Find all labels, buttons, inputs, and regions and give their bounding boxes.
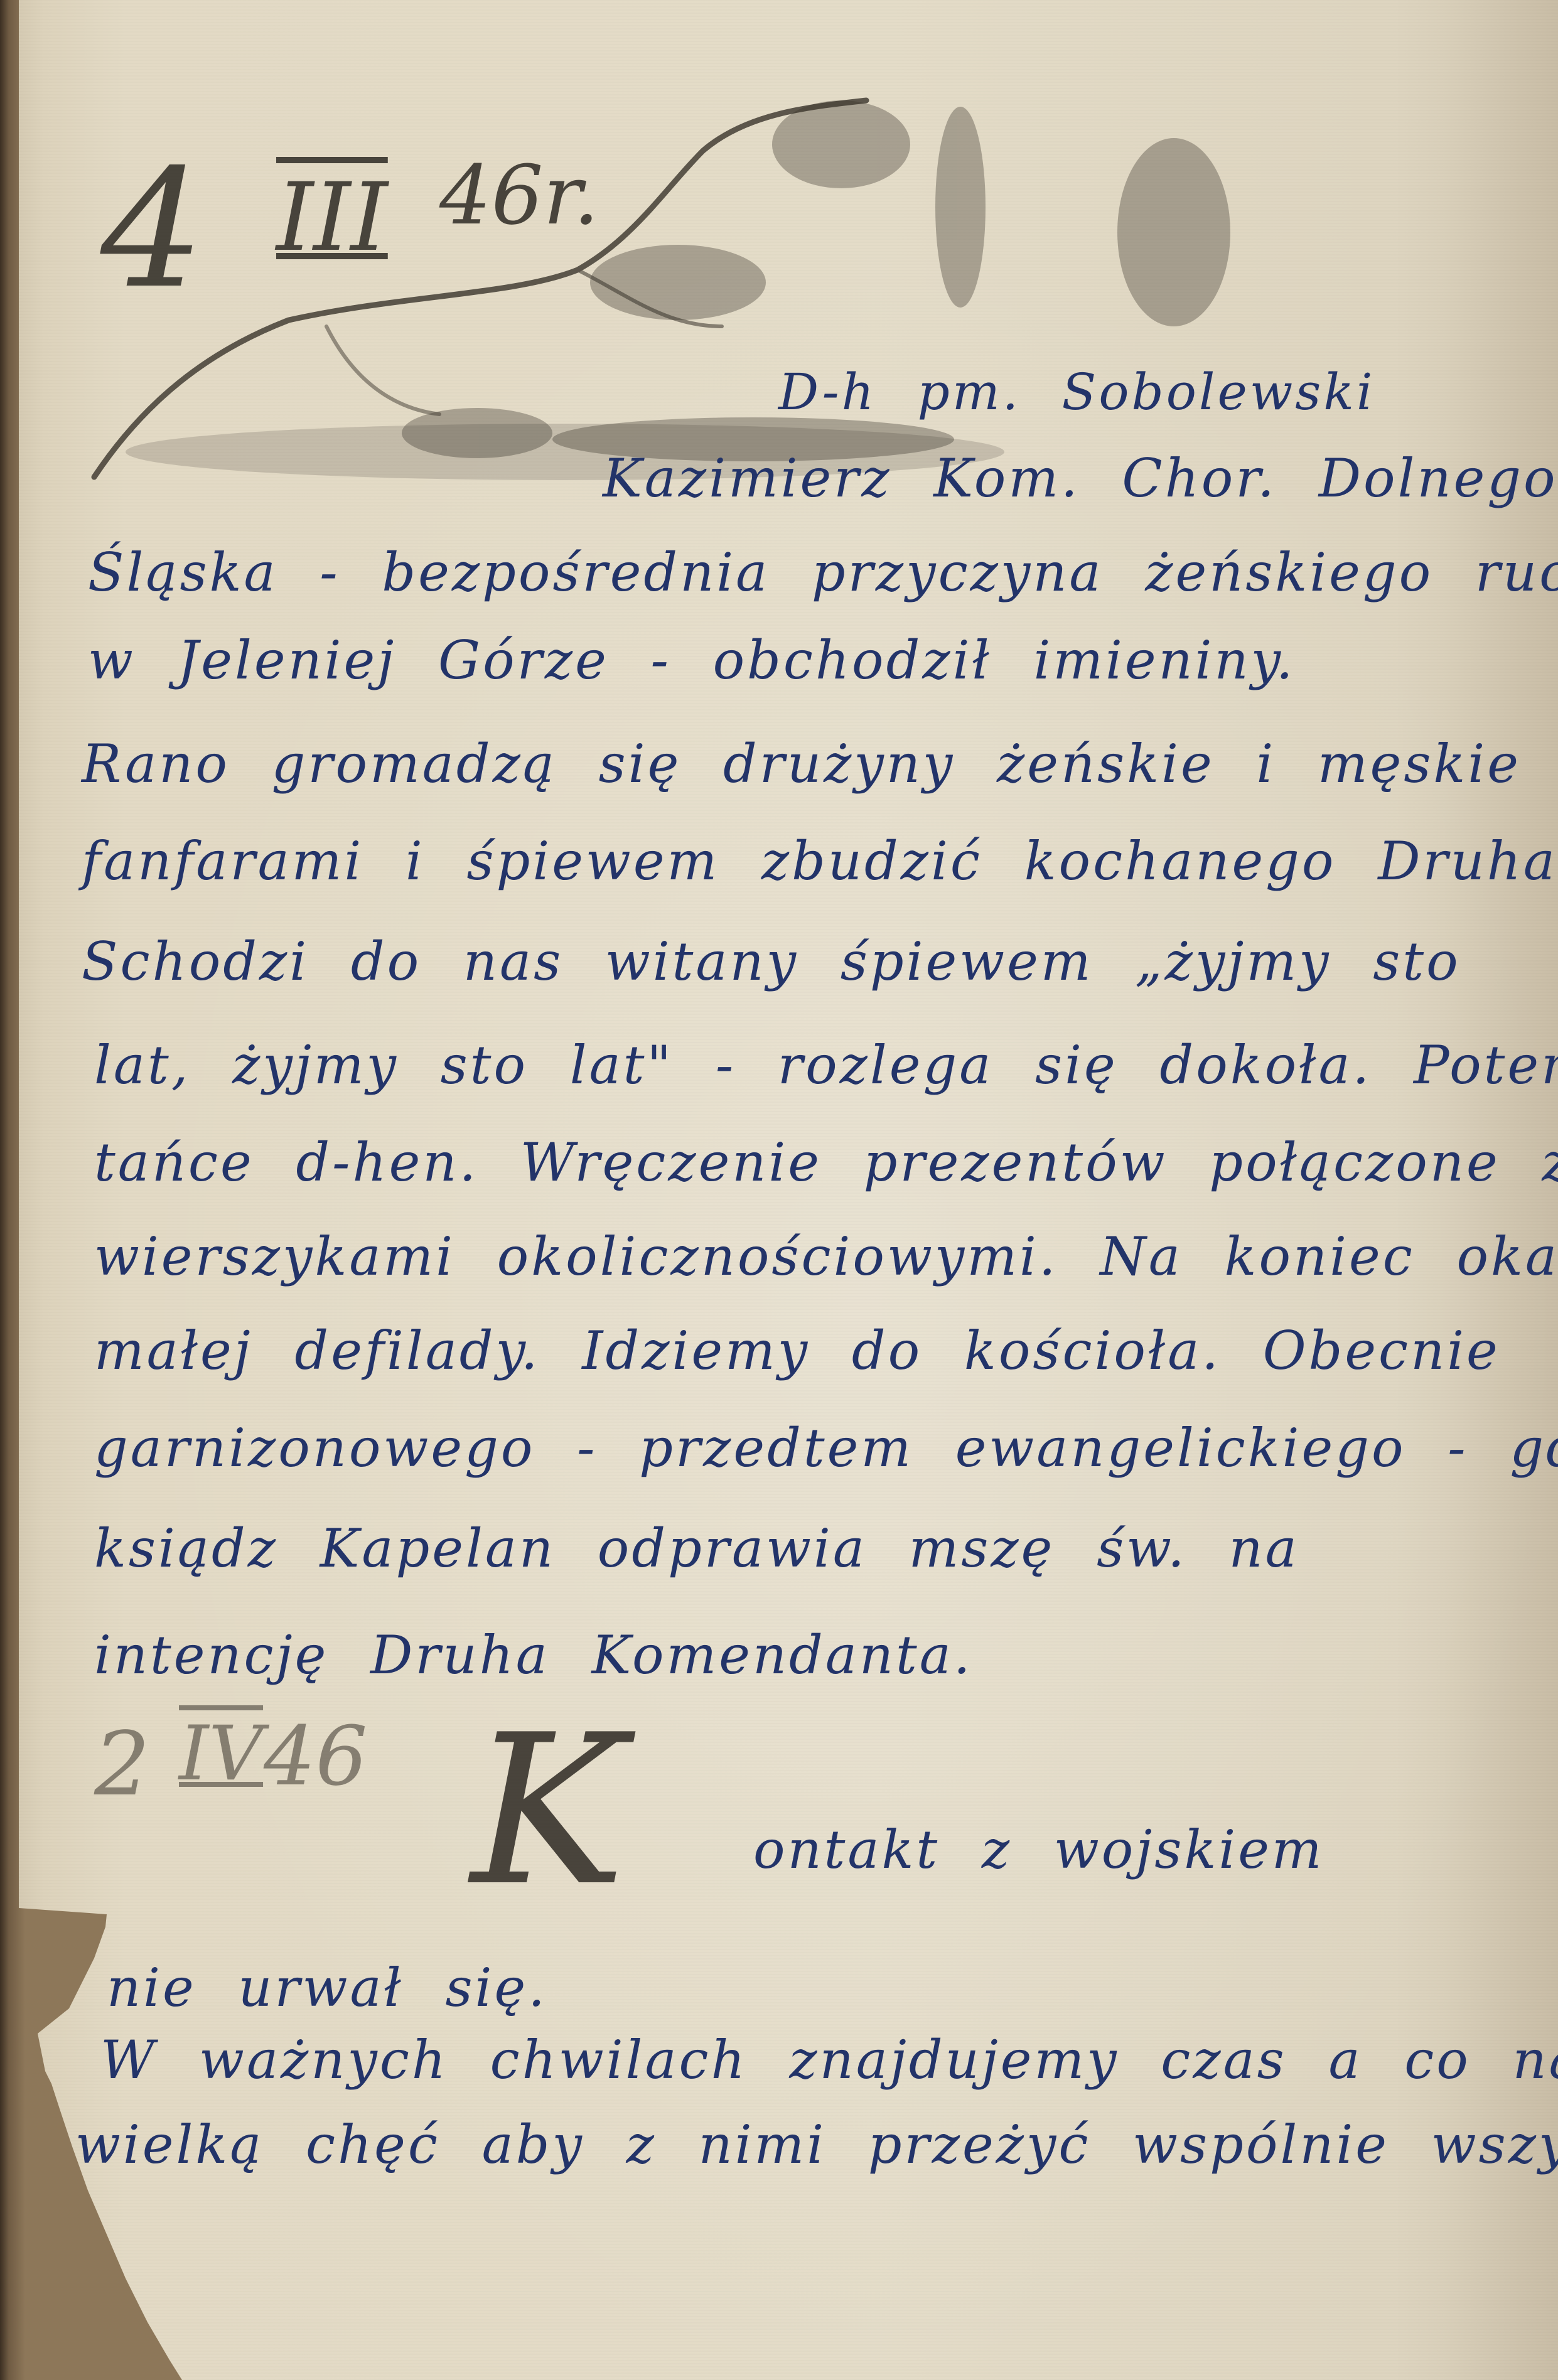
- entry2-line: nie urwał się.: [107, 1961, 547, 2014]
- entry1-date-month: III: [276, 163, 388, 272]
- entry1-line: D-h pm. Sobolewski: [778, 367, 1375, 417]
- entry2-date-day: 2: [94, 1713, 150, 1816]
- entry1-date-year: 46r.: [439, 147, 599, 243]
- entry2-date-year: 46: [264, 1708, 367, 1804]
- entry2-line: wielką chęć aby z nimi przeżyć wspólnie …: [75, 2118, 1558, 2171]
- entry1-line: fanfarami i śpiewem zbudzić kochanego Dr…: [82, 835, 1558, 887]
- entry1-line: intencję Druha Komendanta.: [94, 1629, 973, 1681]
- branch-sketch-icon: [0, 0, 1558, 565]
- entry1-line: Kazimierz Kom. Chor. Dolnego: [603, 452, 1558, 505]
- entry1-line: garnizonowego - przedtem ewangelickiego …: [94, 1422, 1558, 1474]
- entry1-line: ksiądz Kapelan odprawia mszę św. na: [94, 1522, 1299, 1575]
- entry1-line: Rano gromadzą się drużyny żeńskie i męsk…: [82, 737, 1558, 790]
- entry2-line: W ważnych chwilach znajdujemy czas a co …: [100, 2034, 1558, 2086]
- entry1-line: Schodzi do nas witany śpiewem „żyjmy sto: [82, 935, 1461, 988]
- entry1-line: małej defilady. Idziemy do kościoła. Obe…: [94, 1324, 1500, 1377]
- entry2-initial-letter: K: [471, 1707, 626, 1914]
- entry1-date-day: 4: [100, 135, 204, 324]
- entry2-line: ontakt z wojskiem: [753, 1823, 1324, 1876]
- entry1-line: wierszykami okolicznościowymi. Na koniec…: [94, 1230, 1558, 1283]
- entry1-line: w Jeleniej Górze - obchodził imieniny.: [88, 634, 1296, 687]
- page-shadow: [1395, 0, 1558, 2380]
- entry1-line: lat, żyjmy sto lat" - rozlega się dokoła…: [94, 1039, 1558, 1091]
- entry1-line: tańce d-hen. Wręczenie prezentów połączo…: [94, 1136, 1558, 1189]
- entry2-date-month: IV: [179, 1710, 263, 1798]
- entry1-line: Śląska - bezpośrednia przyczyna żeńskieg…: [88, 546, 1558, 599]
- diary-page: 4 III 46r. D-h pm. Sobolewski Kazimierz …: [0, 0, 1558, 2380]
